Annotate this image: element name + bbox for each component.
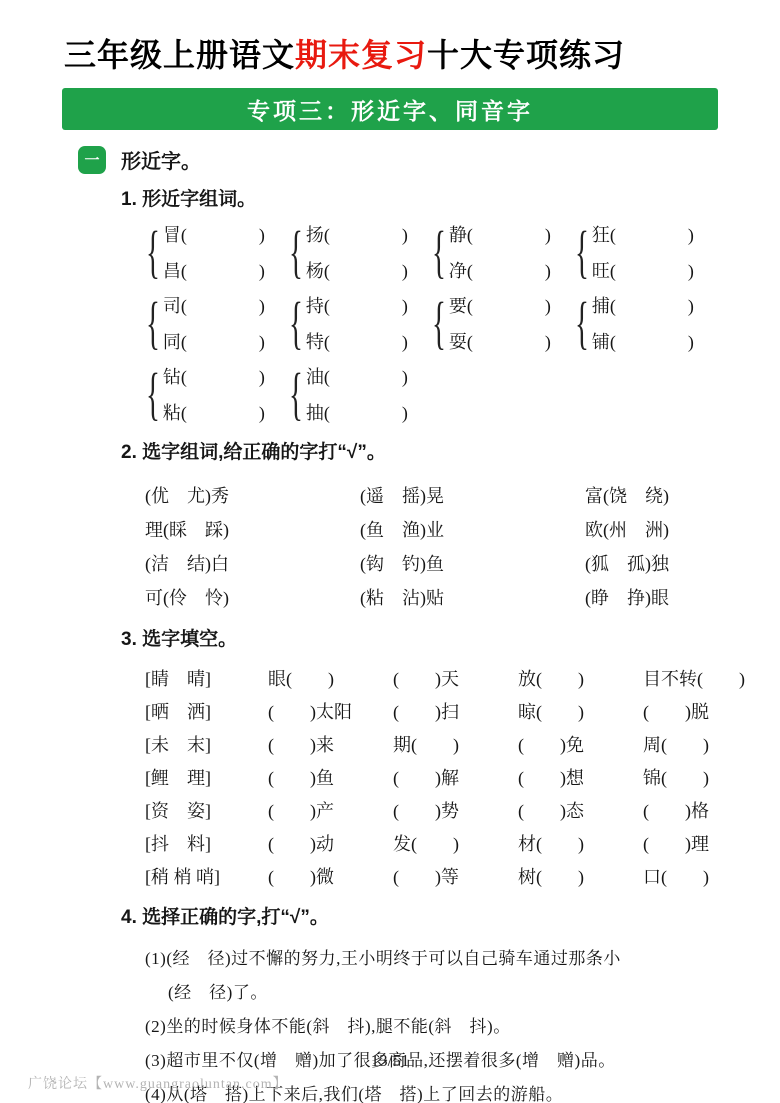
section-number-badge: 一 (78, 146, 106, 174)
choose-character-grid: (优 尤)秀 (遥 摇)晃 富(饶 绕) 理(睬 踩) (鱼 渔)业 欧(州 洲… (145, 478, 780, 614)
blank-item: ( )格 (643, 797, 780, 823)
pair-line: 持( ) (306, 292, 408, 318)
choice-item: (洁 结)白 (145, 546, 360, 580)
pair-line: 司( ) (163, 292, 265, 318)
pair-line: 静( ) (449, 221, 551, 247)
pair-group: {静( )净( ) (431, 219, 574, 285)
option-pair: [晒 洒] (145, 698, 268, 724)
pair-line: 同( ) (163, 328, 265, 354)
blank-item: ( )态 (518, 797, 643, 823)
page-number: 13/51 (0, 1051, 780, 1071)
page-title: 三年级上册语文期末复习十大专项练习 (64, 30, 780, 76)
choice-item: (睁 挣)眼 (585, 580, 780, 614)
fill-row: [晒 洒] ( )太阳 ( )扫 晾( ) ( )脱 (145, 694, 780, 727)
section-one-label: 形近字。 (121, 145, 201, 174)
blank-item: 树( ) (518, 863, 643, 889)
blank-item: ( )微 (268, 863, 393, 889)
brace-glyph: { (146, 220, 160, 284)
blank-item: ( )动 (268, 830, 393, 856)
blank-item: ( )免 (518, 731, 643, 757)
blank-item: 发( ) (393, 830, 518, 856)
fill-row: [鲤 理] ( )鱼 ( )解 ( )想 锦( ) (145, 760, 780, 793)
sentence-line: (2)坐的时候身体不能(斜 抖),腿不能(斜 抖)。 (145, 1007, 780, 1041)
pair-line: 扬( ) (306, 221, 408, 247)
sentence-line-continuation: (经 径)了。 (168, 973, 780, 1007)
sentence-line: (1)(经 径)过不懈的努力,王小明终于可以自己骑车通过那条小 (145, 939, 780, 973)
pair-group: {扬( )杨( ) (288, 219, 431, 285)
brace-glyph: { (146, 362, 160, 426)
brace-glyph: { (289, 362, 303, 426)
blank-item: ( )天 (393, 665, 518, 691)
pair-group: {持( )特( ) (288, 290, 431, 356)
pair-line: 旺( ) (592, 257, 694, 283)
pair-line: 耍( ) (449, 328, 551, 354)
pair-line: 杨( ) (306, 257, 408, 283)
worksheet-page: 三年级上册语文期末复习十大专项练习 专项三：形近字、同音字 一 形近字。 1. … (0, 0, 780, 1103)
option-pair: [鲤 理] (145, 764, 268, 790)
pair-group: {油( )抽( ) (288, 361, 431, 427)
pair-line: 冒( ) (163, 221, 265, 247)
banner-text: 专项三：形近字、同音字 (247, 93, 533, 126)
pair-line: 粘( ) (163, 399, 265, 425)
fill-in-blank-block: [睛 晴] 眼( ) ( )天 放( ) 目不转( ) [晒 洒] ( )太阳 … (145, 661, 780, 892)
pair-line: 狂( ) (592, 221, 694, 247)
section-banner: 专项三：形近字、同音字 (62, 88, 718, 130)
pair-line: 油( ) (306, 363, 408, 389)
choice-item: 理(睬 踩) (145, 512, 360, 546)
blank-item: ( )鱼 (268, 764, 393, 790)
choice-item: 富(饶 绕) (585, 478, 780, 512)
option-pair: [睛 晴] (145, 665, 268, 691)
choice-item: 欧(州 洲) (585, 512, 780, 546)
title-segment: 十大专项练习 (427, 37, 625, 73)
blank-item: 期( ) (393, 731, 518, 757)
pair-line: 特( ) (306, 328, 408, 354)
question-3-title: 3. 选字填空。 (121, 624, 780, 651)
brace-glyph: { (575, 220, 589, 284)
blank-item: 锦( ) (643, 764, 780, 790)
fill-row: [稍 梢 哨] ( )微 ( )等 树( ) 口( ) (145, 859, 780, 892)
title-segment: 三年级上册语文 (64, 37, 295, 73)
blank-item: 晾( ) (518, 698, 643, 724)
blank-item: ( )势 (393, 797, 518, 823)
blank-item: ( )扫 (393, 698, 518, 724)
option-pair: [稍 梢 哨] (145, 863, 268, 889)
pair-line: 昌( ) (163, 257, 265, 283)
blank-item: 口( ) (643, 863, 780, 889)
brace-glyph: { (575, 291, 589, 355)
pair-line: 铺( ) (592, 328, 694, 354)
blank-item: ( )想 (518, 764, 643, 790)
blank-item: ( )脱 (643, 698, 780, 724)
fill-row: [未 末] ( )来 期( ) ( )免 周( ) (145, 727, 780, 760)
blank-item: ( )等 (393, 863, 518, 889)
choice-item: (粘 沾)贴 (360, 580, 585, 614)
blank-item: 周( ) (643, 731, 780, 757)
question-2-title: 2. 选字组词,给正确的字打“√”。 (121, 437, 780, 464)
option-pair: [抖 料] (145, 830, 268, 856)
blank-item: 目不转( ) (643, 665, 780, 691)
pair-group: {司( )同( ) (145, 290, 288, 356)
fill-row: [抖 料] ( )动 发( ) 材( ) ( )理 (145, 826, 780, 859)
fill-row: [资 姿] ( )产 ( )势 ( )态 ( )格 (145, 793, 780, 826)
pair-line: 抽( ) (306, 399, 408, 425)
question-1-title: 1. 形近字组词。 (121, 184, 780, 211)
choice-item: (遥 摇)晃 (360, 478, 585, 512)
pair-line: 捕( ) (592, 292, 694, 318)
blank-item: 材( ) (518, 830, 643, 856)
blank-item: ( )来 (268, 731, 393, 757)
brace-glyph: { (289, 220, 303, 284)
pair-group: {冒( )昌( ) (145, 219, 288, 285)
brace-glyph: { (432, 220, 446, 284)
blank-item: 眼( ) (268, 665, 393, 691)
brace-glyph: { (146, 291, 160, 355)
pair-group: {狂( )旺( ) (574, 219, 717, 285)
choice-item: (钩 钓)鱼 (360, 546, 585, 580)
fill-row: [睛 晴] 眼( ) ( )天 放( ) 目不转( ) (145, 661, 780, 694)
pair-group: {捕( )铺( ) (574, 290, 717, 356)
near-character-pairs-grid: {冒( )昌( ) {扬( )杨( ) {静( )净( ) {狂( )旺( ) … (145, 219, 780, 427)
brace-glyph: { (432, 291, 446, 355)
pair-line: 要( ) (449, 292, 551, 318)
choice-item: (鱼 渔)业 (360, 512, 585, 546)
blank-item: ( )解 (393, 764, 518, 790)
brace-glyph: { (289, 291, 303, 355)
blank-item: ( )太阳 (268, 698, 393, 724)
watermark-text: 广饶论坛【www.guangraoluntan.com】 (28, 1073, 288, 1093)
pair-line: 净( ) (449, 257, 551, 283)
blank-item: ( )产 (268, 797, 393, 823)
blank-item: ( )理 (643, 830, 780, 856)
option-pair: [资 姿] (145, 797, 268, 823)
title-segment-red: 期末复习 (295, 37, 427, 73)
pair-group: {要( )耍( ) (431, 290, 574, 356)
question-4-title: 4. 选择正确的字,打“√”。 (121, 902, 780, 929)
pair-line: 钻( ) (163, 363, 265, 389)
choice-item: (优 尤)秀 (145, 478, 360, 512)
section-one-header: 一 形近字。 (78, 145, 780, 174)
pair-group: {钻( )粘( ) (145, 361, 288, 427)
choice-item: 可(伶 怜) (145, 580, 360, 614)
option-pair: [未 末] (145, 731, 268, 757)
blank-item: 放( ) (518, 665, 643, 691)
choice-item: (狐 孤)独 (585, 546, 780, 580)
